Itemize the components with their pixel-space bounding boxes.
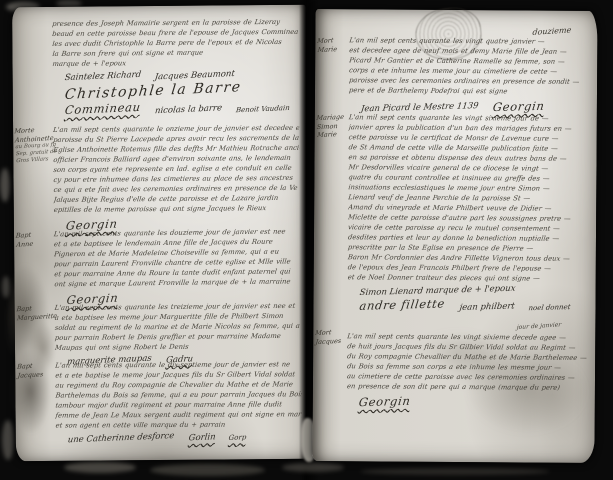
register-entry: MariageSimonMarie L'an mil sept cents qu…	[313, 112, 592, 313]
entry-body: L'an mil sept cents quarante les treizie…	[55, 301, 302, 366]
entry-lines: L'an mil sept cents quarante le onzieme …	[53, 123, 300, 215]
signature: noel donnet	[528, 303, 571, 312]
margin-note: BaptAnne	[15, 229, 54, 248]
entry-line: pere et de Barthelemy Podefroi qui est s…	[348, 85, 589, 97]
register-entry: BaptAnne L'an mil sept cents quarante le…	[14, 226, 305, 307]
signature: Georgin	[492, 99, 546, 115]
page-right: douzieme MortMarie	[312, 9, 597, 463]
margin-note-line: Anne	[16, 238, 55, 249]
margin-note-lines: BaptMargueritte	[16, 303, 55, 322]
register-entry: BaptJacques L'an mil sept cents quarante…	[15, 359, 305, 444]
bottom-debris	[64, 462, 136, 473]
entry-lines: L'an mil sept cents quarante les vingt q…	[349, 35, 589, 97]
entry-lines: presence des Joseph Mamairie sergent en …	[52, 17, 298, 69]
entry-body: jour de janvier L'an mil sept cents quar…	[347, 327, 588, 410]
margin-note-small-line: Gros Villars	[16, 155, 54, 164]
entry-line: et son agent en cette ville marque du + …	[55, 419, 302, 430]
margin-note-line: Margueritte	[17, 311, 56, 322]
entry-line: et de Noel Donner traiteur des pieces qu…	[347, 272, 588, 284]
signature-row: Saintelez RichardJacques BeaumontChristo…	[53, 70, 299, 116]
film-artifact	[2, 420, 14, 460]
register-entry: MorteAnthoinette au Bourg au fgSep. grat…	[13, 123, 304, 233]
bottom-debris	[150, 464, 265, 476]
entry-body: presence des Joseph Mamairie sergent en …	[52, 17, 299, 116]
signature-row: Georgin	[347, 394, 587, 410]
signature: Georgin	[358, 394, 412, 410]
signature: Gorlin	[188, 432, 216, 443]
entry-line: marque de + l'epoux	[52, 57, 299, 69]
signature: jean philbert	[458, 301, 515, 313]
entry-lines: L'an mil sept cents quarante les douziem…	[54, 226, 301, 289]
entry-line: ont signe et marque Laurent Fronville la…	[54, 276, 301, 289]
register-entry: presence des Joseph Mamairie sergent en …	[12, 17, 303, 117]
register-entry: BaptMargueritte L'an mil sept cents quar…	[15, 301, 306, 367]
entry-lines: L'an mil sept cents quarante les treizie…	[55, 301, 301, 353]
entry-body: L'an mil sept cents quarante le dix-sept…	[55, 359, 301, 443]
register-entry: MortJacques jour de janvier L'an mil sep…	[313, 327, 592, 410]
folio-number: douzieme	[532, 25, 572, 37]
entry-line: epitilles de la meme paroisse qui ont si…	[53, 203, 300, 215]
signature: Gorp	[229, 433, 248, 442]
entry-line: Maupas qui ont signe Robert le Denis	[54, 341, 301, 353]
entry-body: L'an mil sept cents quarante le onzieme …	[53, 123, 300, 232]
entry-body: L'an mil sept cents quarante les douziem…	[54, 226, 301, 306]
margin-note: BaptMargueritte	[16, 303, 55, 322]
margin-note-small-lines: au Bourg au fgSep. gratuit deGros Villar…	[15, 142, 54, 165]
signature: Christophle la Barre	[64, 79, 243, 103]
bottom-debris	[282, 463, 344, 472]
register-entry: MortMarie L'an mil sept cents quarante l…	[315, 35, 594, 114]
entry-lines: L'an mil sept cents quarante le dix-sept…	[55, 359, 301, 430]
signature: Benoit Vaudain	[236, 104, 291, 114]
film-artifact	[0, 168, 10, 202]
scan-frame: presence des Joseph Mamairie sergent en …	[0, 0, 613, 480]
margin-note: BaptJacques	[17, 361, 56, 380]
entry-body: L'an mil sept cents quarante les vingt s…	[347, 112, 588, 313]
signature: Commineau	[64, 100, 142, 117]
margin-note-lines	[14, 19, 52, 21]
signature-row: une Catherinne desforceGorlinGorp	[56, 432, 302, 443]
signature: nicolas la barre	[154, 103, 222, 116]
entry-lines: L'an mil sept cents quarante les vingt s…	[348, 112, 589, 284]
margin-note-lines: BaptJacques	[17, 361, 56, 380]
bottom-debris	[360, 468, 550, 475]
margin-note-line: Jacques	[17, 369, 56, 380]
entry-lines: L'an mil sept cents quarante les vingt s…	[347, 331, 587, 393]
signature-row: Simon Lienard marque de + l'epouxandre f…	[347, 285, 587, 313]
signature: une Catherinne desforce	[67, 431, 175, 445]
signature: andre fillette	[359, 296, 446, 312]
entry-body: L'an mil sept cents quarante les vingt q…	[349, 35, 590, 114]
page-left: presence des Joseph Mamairie sergent en …	[12, 5, 310, 462]
margin-note	[14, 19, 52, 21]
signature: Saintelez Richard	[64, 70, 141, 83]
entry-line: en presence de son dit pere qui a marque…	[346, 381, 587, 393]
margin-note-lines: BaptAnne	[15, 229, 54, 248]
margin-note: MorteAnthoinette au Bourg au fgSep. grat…	[14, 125, 54, 165]
margin-note-small-lines	[14, 19, 52, 21]
